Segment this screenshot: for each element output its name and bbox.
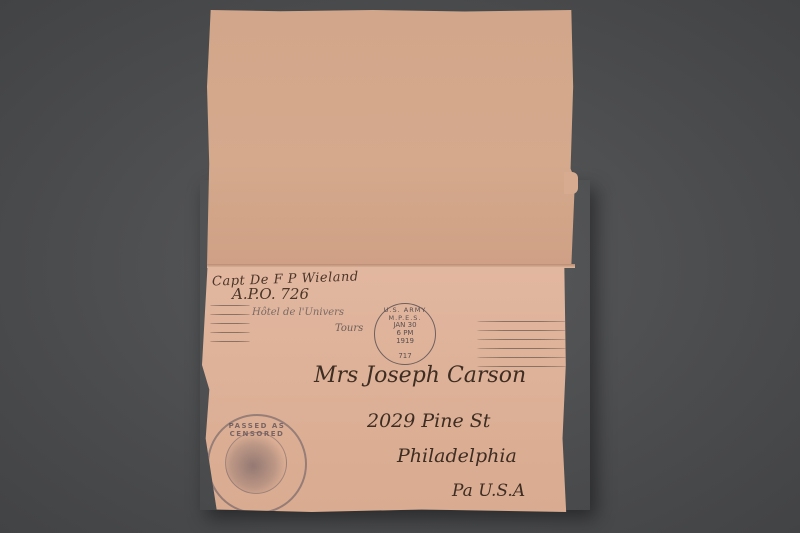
postmark-stamp: U.S. ARMY M.P.E.S. JAN 30 6 PM 1919 717 <box>374 303 436 365</box>
paper-tear-tab <box>564 172 578 194</box>
postmark-ring-text: U.S. ARMY M.P.E.S. <box>377 306 433 322</box>
postmark-time: 6 PM <box>375 329 435 337</box>
postmark-station: 717 <box>375 352 435 360</box>
sender-block: Capt De F P Wieland A.P.O. 726 <box>212 272 359 303</box>
cancel-lines-left <box>210 305 250 350</box>
recipient-city: Philadelphia <box>397 445 517 467</box>
card-top-flap <box>207 10 575 266</box>
postmark-date: JAN 30 <box>375 321 435 329</box>
address-panel: Capt De F P Wieland A.P.O. 726 Hôtel de … <box>202 267 568 512</box>
recipient-country: Pa U.S.A <box>452 481 525 501</box>
postmark-year: 1919 <box>375 337 435 345</box>
letter-card: Capt De F P Wieland A.P.O. 726 Hôtel de … <box>207 10 575 512</box>
printed-hotel-name: Hôtel de l'Univers <box>252 307 344 318</box>
censor-eagle-emblem <box>225 432 287 494</box>
printed-city: Tours <box>335 323 363 334</box>
recipient-street: 2029 Pine St <box>367 410 490 432</box>
censor-seal-stamp: PASSED AS CENSORED <box>207 414 307 514</box>
recipient-name: Mrs Joseph Carson <box>314 363 526 388</box>
